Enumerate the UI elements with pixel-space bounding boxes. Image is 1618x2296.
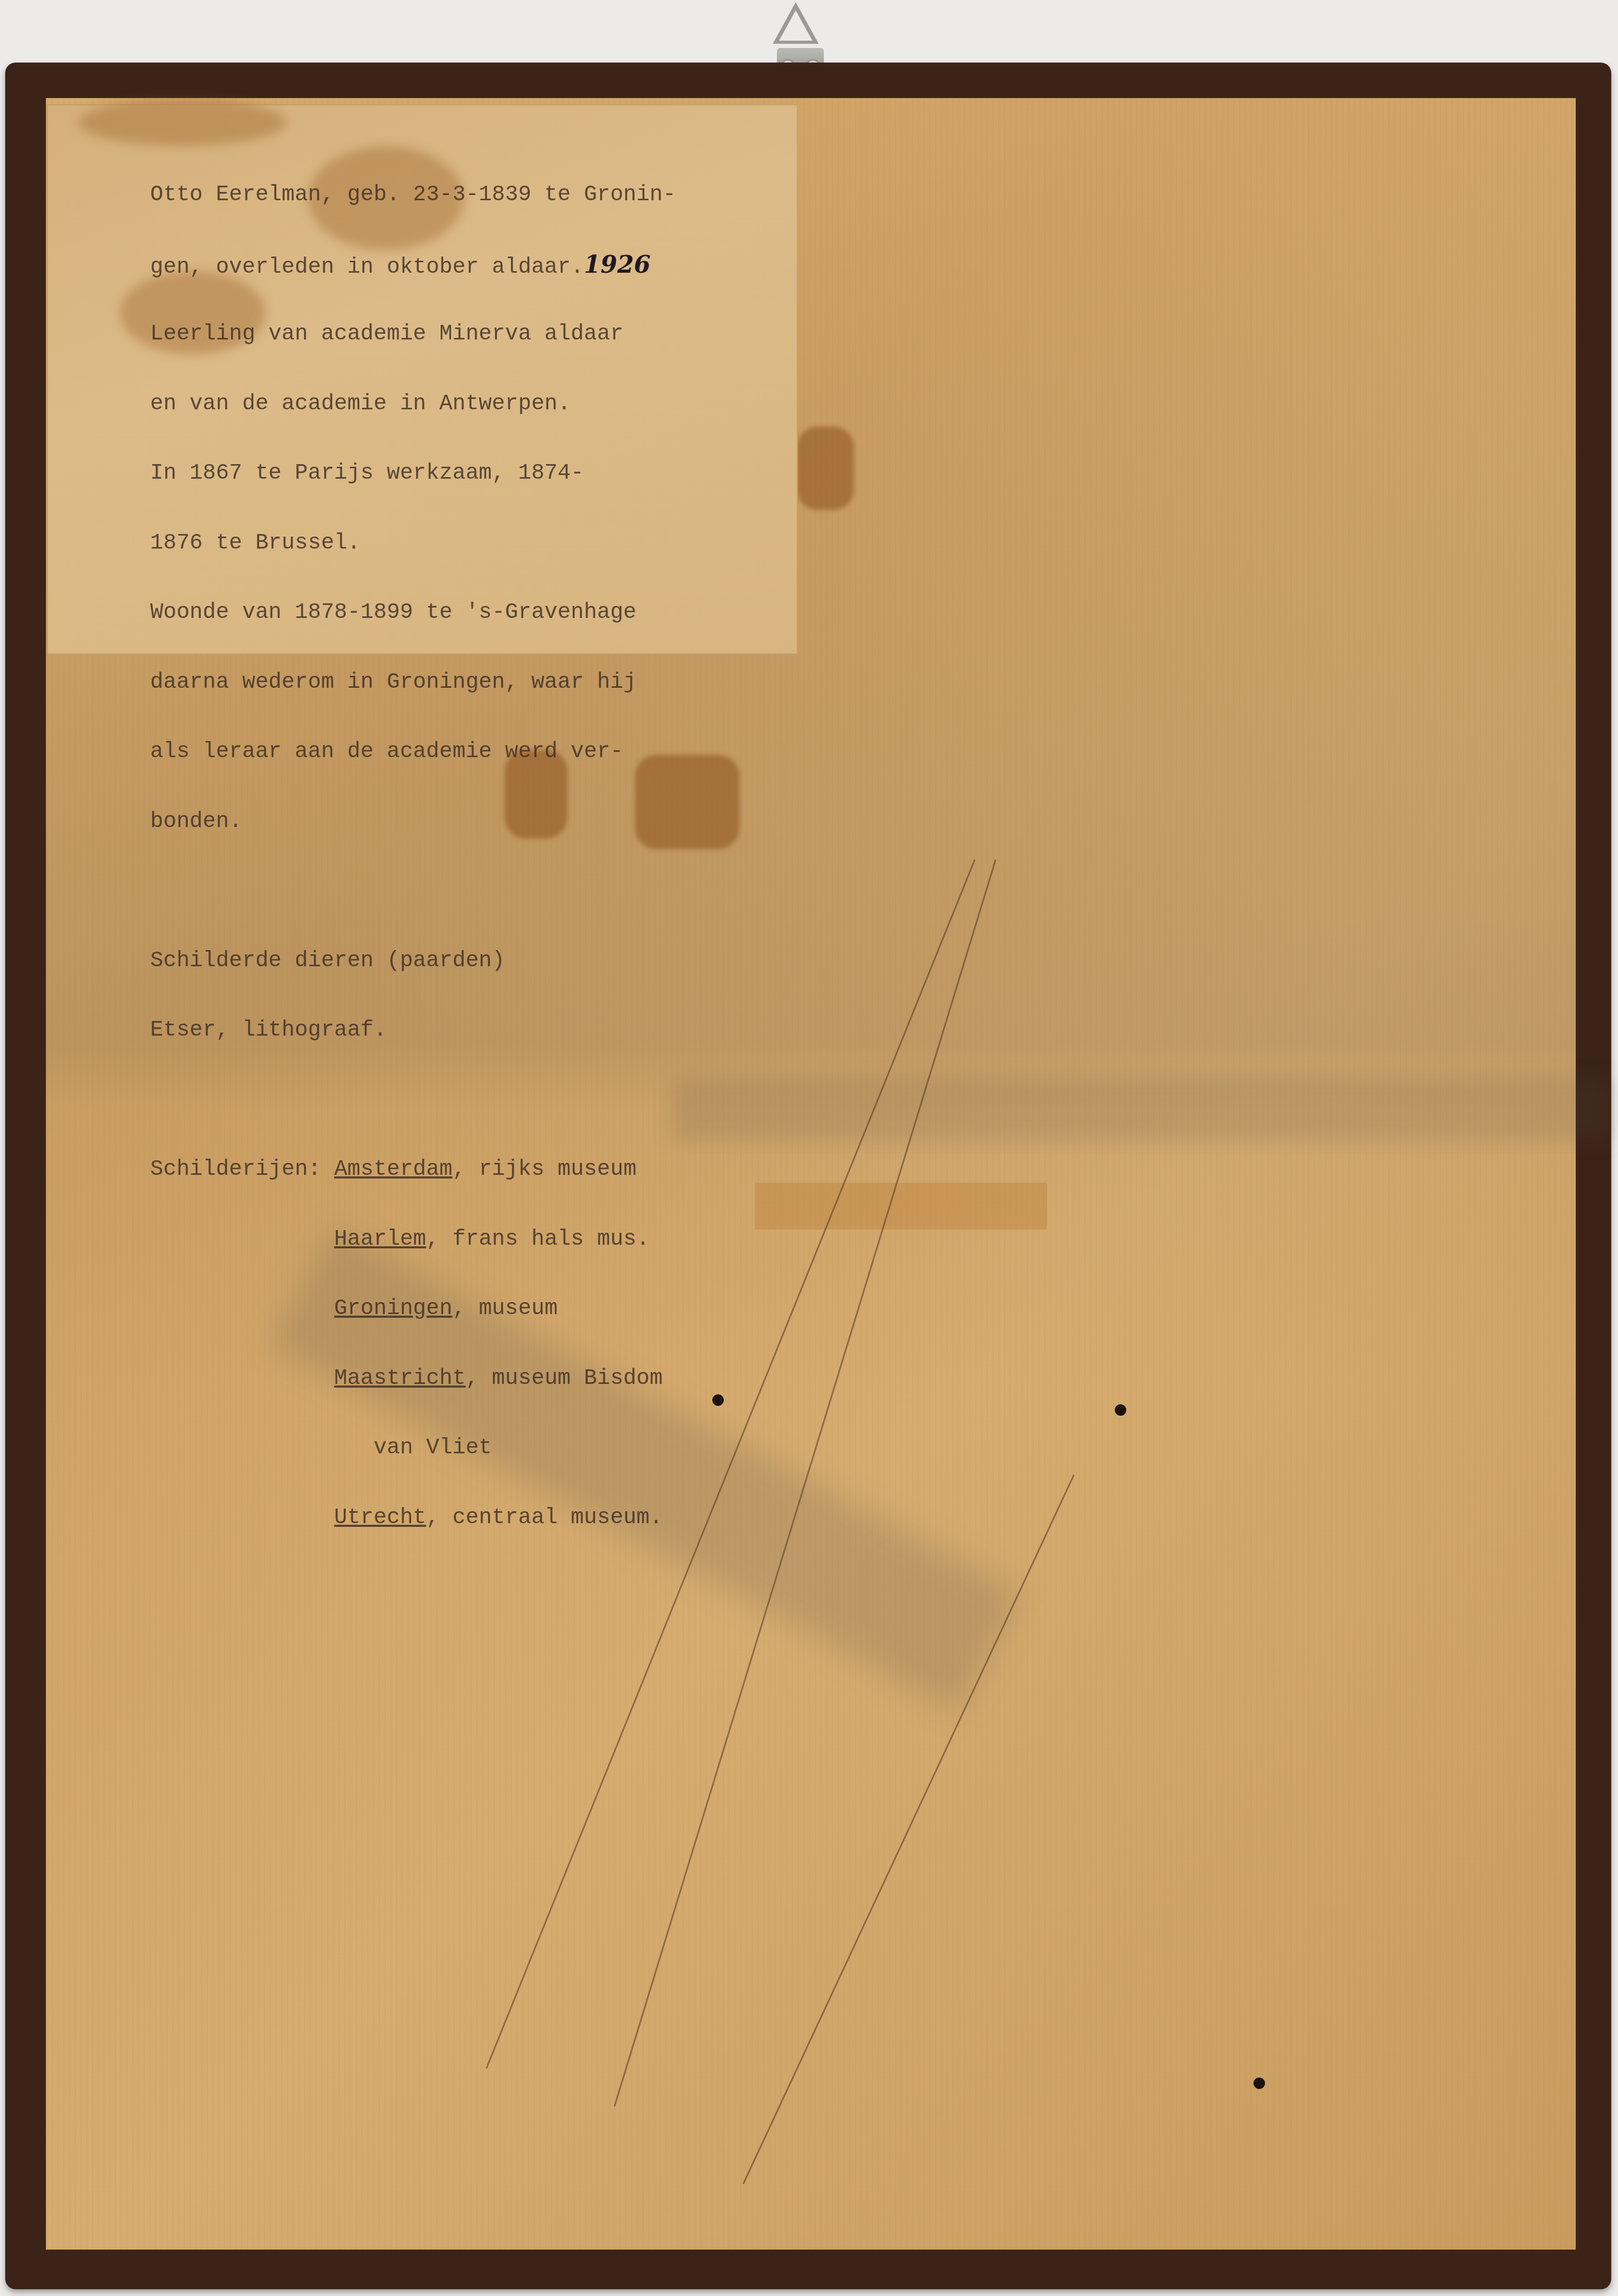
- label-line: [150, 1088, 676, 1112]
- collection-museum: rijks museum: [479, 1157, 636, 1182]
- collections-heading: Schilderijen:: [150, 1157, 321, 1182]
- label-line-text: gen, overleden in oktober aldaar.: [150, 254, 584, 280]
- label-line: als leraar aan de academie werd ver-: [150, 740, 676, 763]
- collection-museum: van Vliet: [373, 1435, 492, 1460]
- label-line-text: Schilderde dieren (paarden): [150, 948, 505, 973]
- collection-city: Amsterdam: [334, 1157, 453, 1182]
- label-line-text: Woonde van 1878-1899 te 's-Gravenhage: [150, 600, 637, 625]
- label-line-text: en van de academie in Antwerpen.: [150, 391, 571, 416]
- horizontal-stain-band: [672, 1078, 1610, 1141]
- collection-row: Maastricht, museum Bisdom: [150, 1367, 676, 1390]
- collection-city: Maastricht: [334, 1366, 466, 1391]
- collection-city: Haarlem: [334, 1226, 426, 1252]
- tape-residue: [755, 1183, 1047, 1230]
- collection-museum: frans hals mus.: [453, 1226, 650, 1252]
- label-line: daarna wederom in Groningen, waar hij: [150, 671, 676, 694]
- label-line-text: 1876 te Brussel.: [150, 530, 360, 555]
- label-line-text: als leraar aan de academie werd ver-: [150, 739, 623, 764]
- label-line: Woonde van 1878-1899 te 's-Gravenhage: [150, 601, 676, 624]
- label-line-text: bonden.: [150, 809, 242, 834]
- label-line: Leerling van academie Minerva aldaar: [150, 322, 676, 346]
- collection-row: Haarlem, frans hals mus.: [150, 1228, 676, 1251]
- collection-city: Groningen: [334, 1296, 453, 1321]
- collection-city: Utrecht: [334, 1505, 426, 1530]
- label-line: 1876 te Brussel.: [150, 531, 676, 555]
- label-text: Otto Eerelman, geb. 23-3-1839 te Gronin-…: [150, 137, 676, 1575]
- label-line: [150, 879, 676, 903]
- label-line: bonden.: [150, 810, 676, 833]
- label-line-text: In 1867 te Parijs werkzaam, 1874-: [150, 460, 584, 485]
- collection-row: Schilderijen: Amsterdam, rijks museum: [150, 1158, 676, 1181]
- collection-museum: museum Bisdom: [492, 1366, 663, 1391]
- collection-museum: centraal museum.: [453, 1505, 663, 1530]
- handwritten-year: 1926: [584, 250, 651, 278]
- nail-hole: [1115, 1404, 1126, 1416]
- label-line: Schilderde dieren (paarden): [150, 949, 676, 973]
- label-line: gen, overleden in oktober aldaar.1926: [150, 253, 676, 276]
- label-line-text: daarna wederom in Groningen, waar hij: [150, 670, 637, 695]
- label-line: Otto Eerelman, geb. 23-3-1839 te Gronin-: [150, 183, 676, 206]
- label-line-text: Otto Eerelman, geb. 23-3-1839 te Gronin-: [150, 182, 676, 207]
- glue-stain: [797, 427, 854, 510]
- collection-row: Utrecht, centraal museum.: [150, 1506, 676, 1529]
- label-line: In 1867 te Parijs werkzaam, 1874-: [150, 461, 676, 485]
- label-line-text: Etser, lithograaf.: [150, 1017, 387, 1042]
- collection-row: van Vliet: [150, 1436, 676, 1460]
- hanger-ring-gap: [779, 10, 812, 41]
- label-line: en van de academie in Antwerpen.: [150, 392, 676, 416]
- nail-hole: [712, 1394, 724, 1406]
- collection-row: Groningen, museum: [150, 1297, 676, 1320]
- nail-hole: [1254, 2078, 1265, 2089]
- label-line: Etser, lithograaf.: [150, 1018, 676, 1042]
- typed-biography-label: Otto Eerelman, geb. 23-3-1839 te Gronin-…: [47, 104, 798, 654]
- label-line-text: Leerling van academie Minerva aldaar: [150, 321, 623, 346]
- collection-museum: museum: [479, 1296, 557, 1321]
